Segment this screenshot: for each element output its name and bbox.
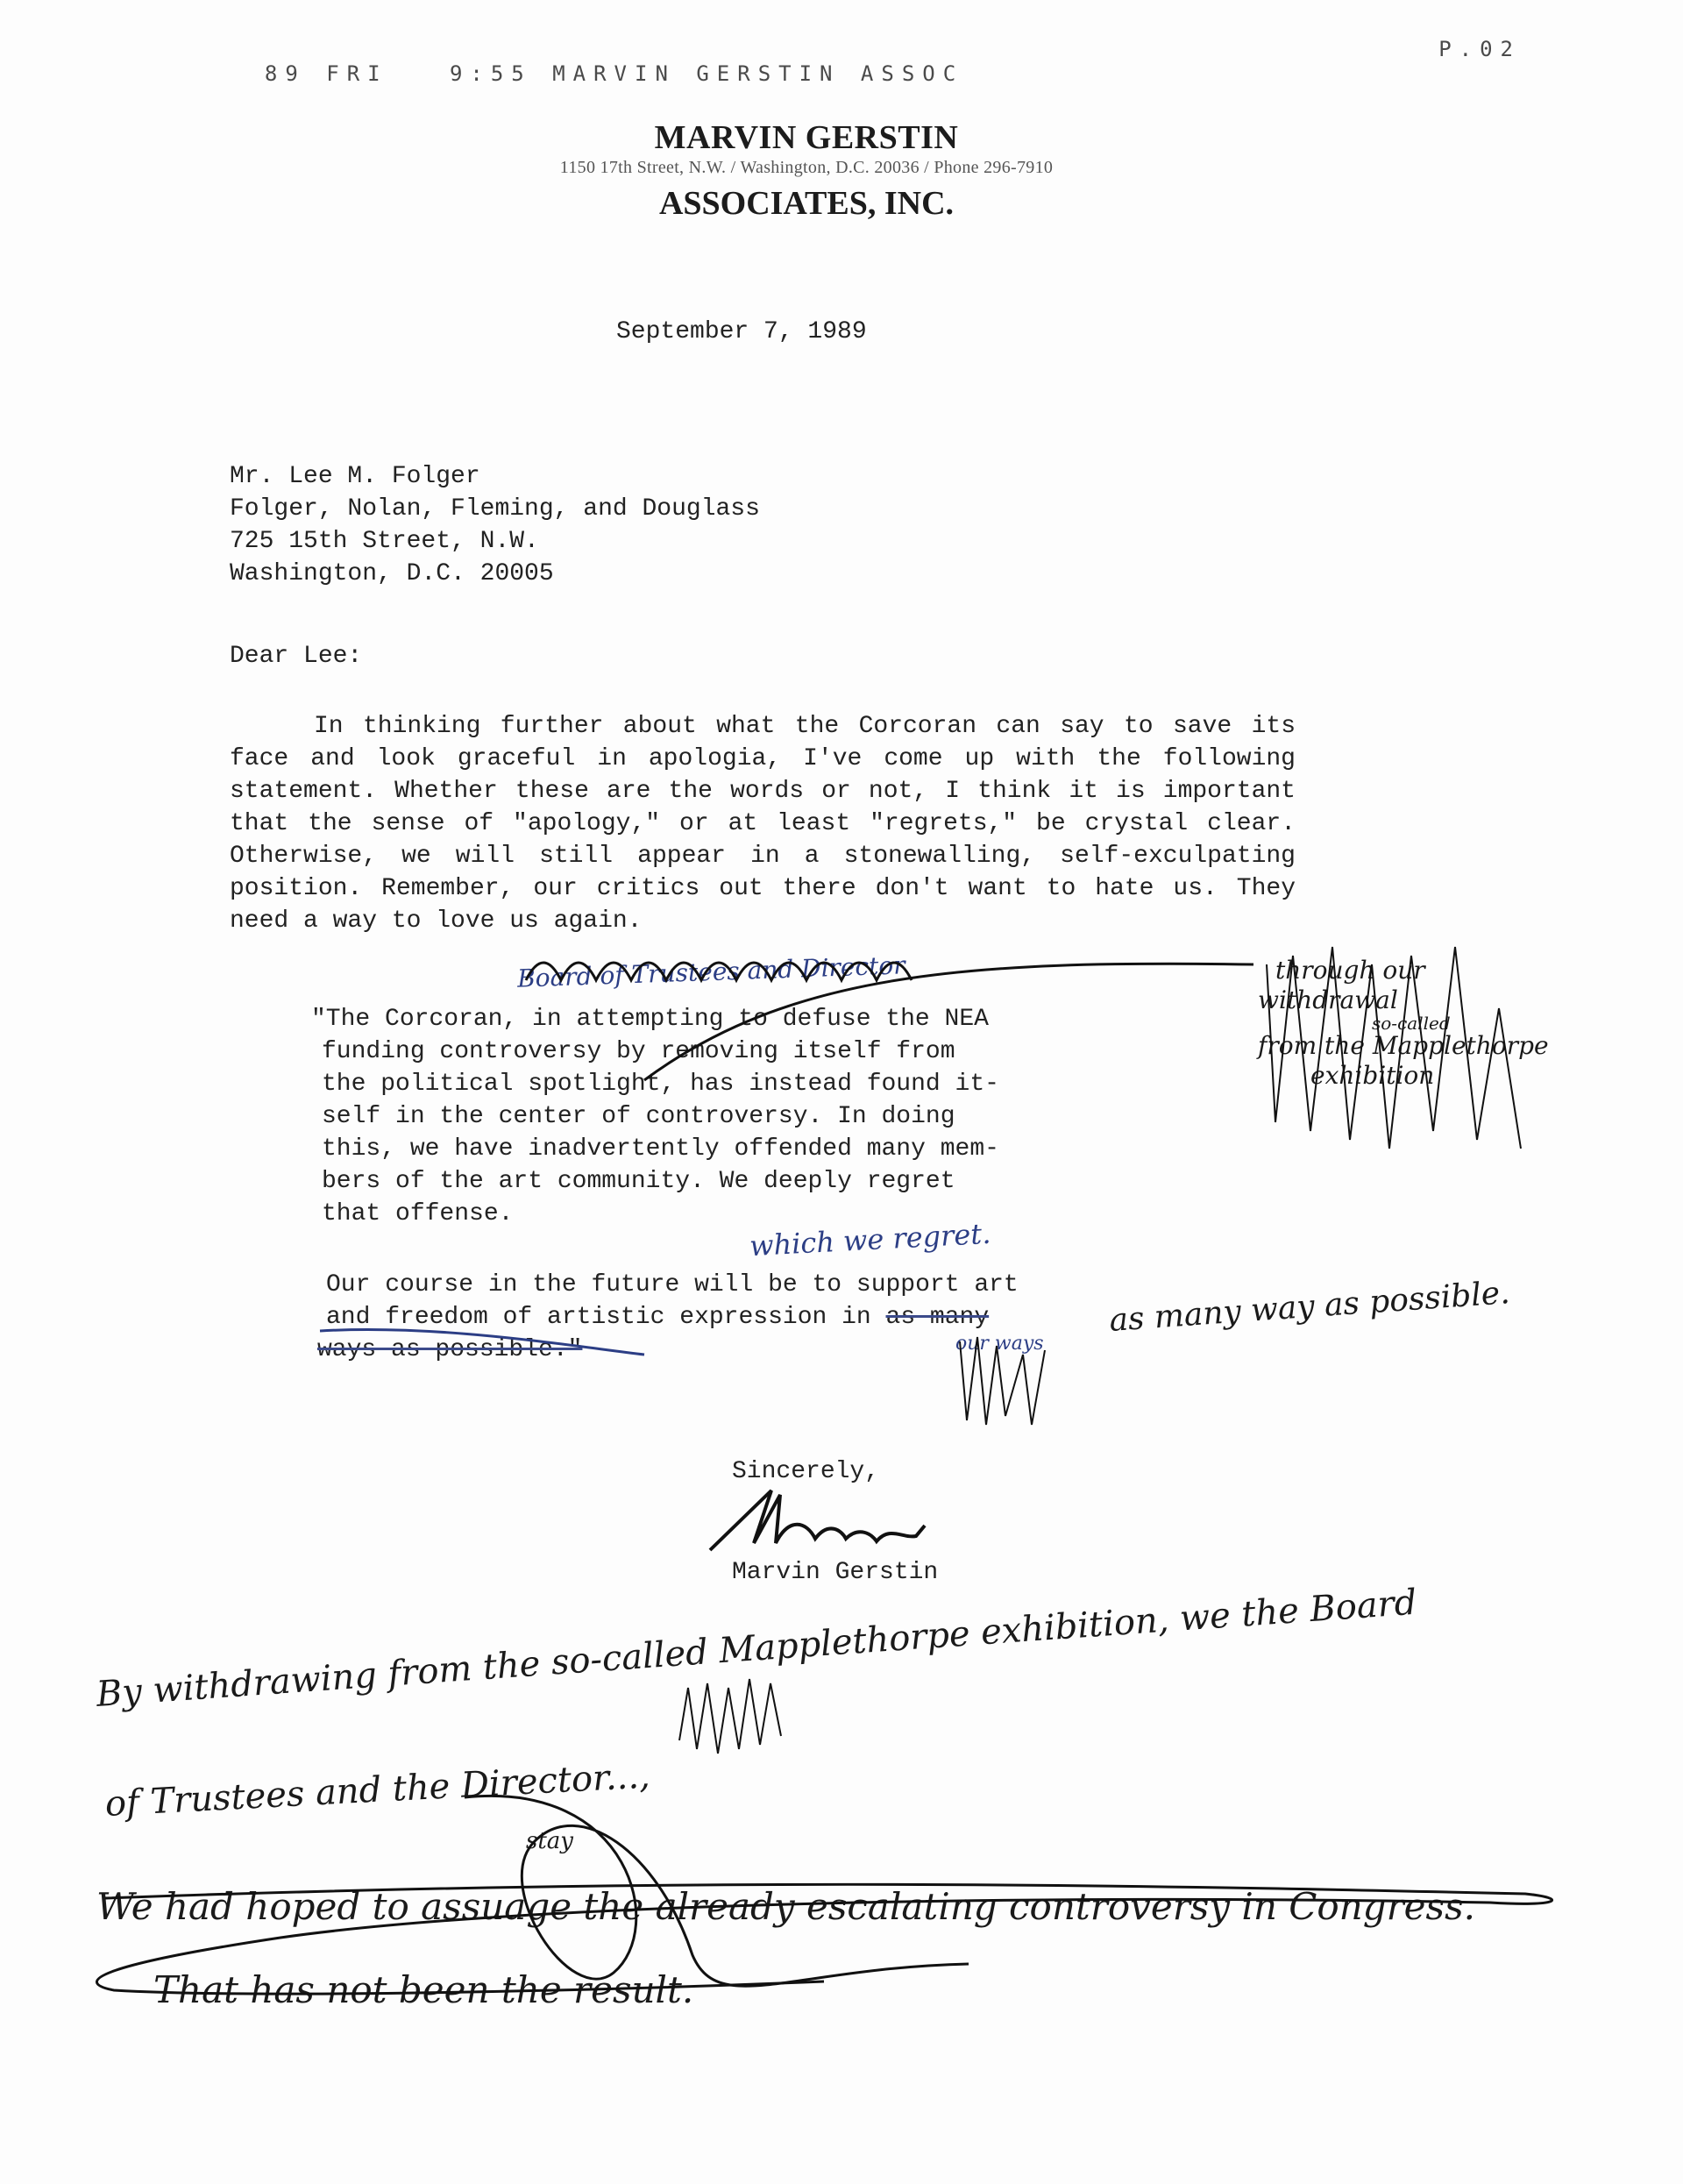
body-paragraph-text: In thinking further about what the Corco… [230, 713, 1296, 935]
statement-line: this, we have inadvertently offended man… [311, 1133, 1083, 1165]
letterhead-address: 1150 17th Street, N.W. / Washington, D.C… [421, 158, 1192, 178]
signature-name: Marvin Gerstin [732, 1556, 938, 1589]
struck-text: as many [886, 1304, 990, 1331]
annotation-bottom-line: By withdrawing from the so-called Mapple… [95, 1583, 1417, 1715]
salutation: Dear Lee: [230, 640, 362, 672]
scribble-socalled [679, 1679, 781, 1754]
letter-date: September 7, 1989 [616, 316, 867, 348]
statement-closing: Our course in the future will be to supp… [326, 1269, 1019, 1366]
fax-page-number: P.02 [1438, 37, 1521, 61]
annotation-bottom-line: We had hoped to assuage the already esca… [96, 1885, 1475, 1928]
statement-line: Our course in the future will be to supp… [326, 1269, 1019, 1301]
annotation-scribble: our ways [955, 1333, 1044, 1355]
valediction: Sincerely, [732, 1455, 879, 1488]
proposed-statement: "The Corcoran, in attempting to defuse t… [311, 1003, 1083, 1230]
recipient-line: Folger, Nolan, Fleming, and Douglass [230, 493, 760, 525]
statement-line: and freedom of artistic expression in as… [326, 1301, 1019, 1334]
body-paragraph: In thinking further about what the Corco… [230, 710, 1296, 937]
annotation-as-many-way: as many way as possible. [1108, 1275, 1511, 1339]
statement-line: funding controversy by removing itself f… [311, 1035, 1083, 1068]
annotation-bottom-line: That has not been the result. [153, 1968, 693, 2011]
fax-header: 89 FRI 9:55 MARVIN GERSTIN ASSOC P.02 [224, 37, 1521, 110]
recipient-line: Mr. Lee M. Folger [230, 460, 760, 493]
annotation-insert: stay [526, 1828, 573, 1854]
letterhead-name: MARVIN GERSTIN [421, 118, 1192, 157]
recipient-line: Washington, D.C. 20005 [230, 558, 760, 590]
statement-line: ways as possible." [317, 1334, 1019, 1366]
statement-line: self in the center of controversy. In do… [311, 1100, 1083, 1133]
fax-header-text: 89 FRI 9:55 MARVIN GERSTIN ASSOC [265, 61, 963, 86]
statement-line: "The Corcoran, in attempting to defuse t… [311, 1003, 1083, 1035]
statement-line: bers of the art community. We deeply reg… [311, 1165, 1083, 1198]
statement-line: the political spotlight, has instead fou… [311, 1068, 1083, 1100]
annotation-struck-board: Board of Trustees and Director [517, 950, 906, 992]
annotation-bottom-line: of Trustees and the Director..., [104, 1755, 651, 1825]
struck-text: ways as possible." [317, 1336, 582, 1363]
recipient-address: Mr. Lee M. Folger Folger, Nolan, Fleming… [230, 460, 760, 590]
letterhead-suffix: ASSOCIATES, INC. [421, 184, 1192, 223]
recipient-line: 725 15th Street, N.W. [230, 525, 760, 558]
signature [710, 1490, 925, 1550]
annotation-margin-note: through our withdrawal so-called from th… [1258, 956, 1635, 1091]
